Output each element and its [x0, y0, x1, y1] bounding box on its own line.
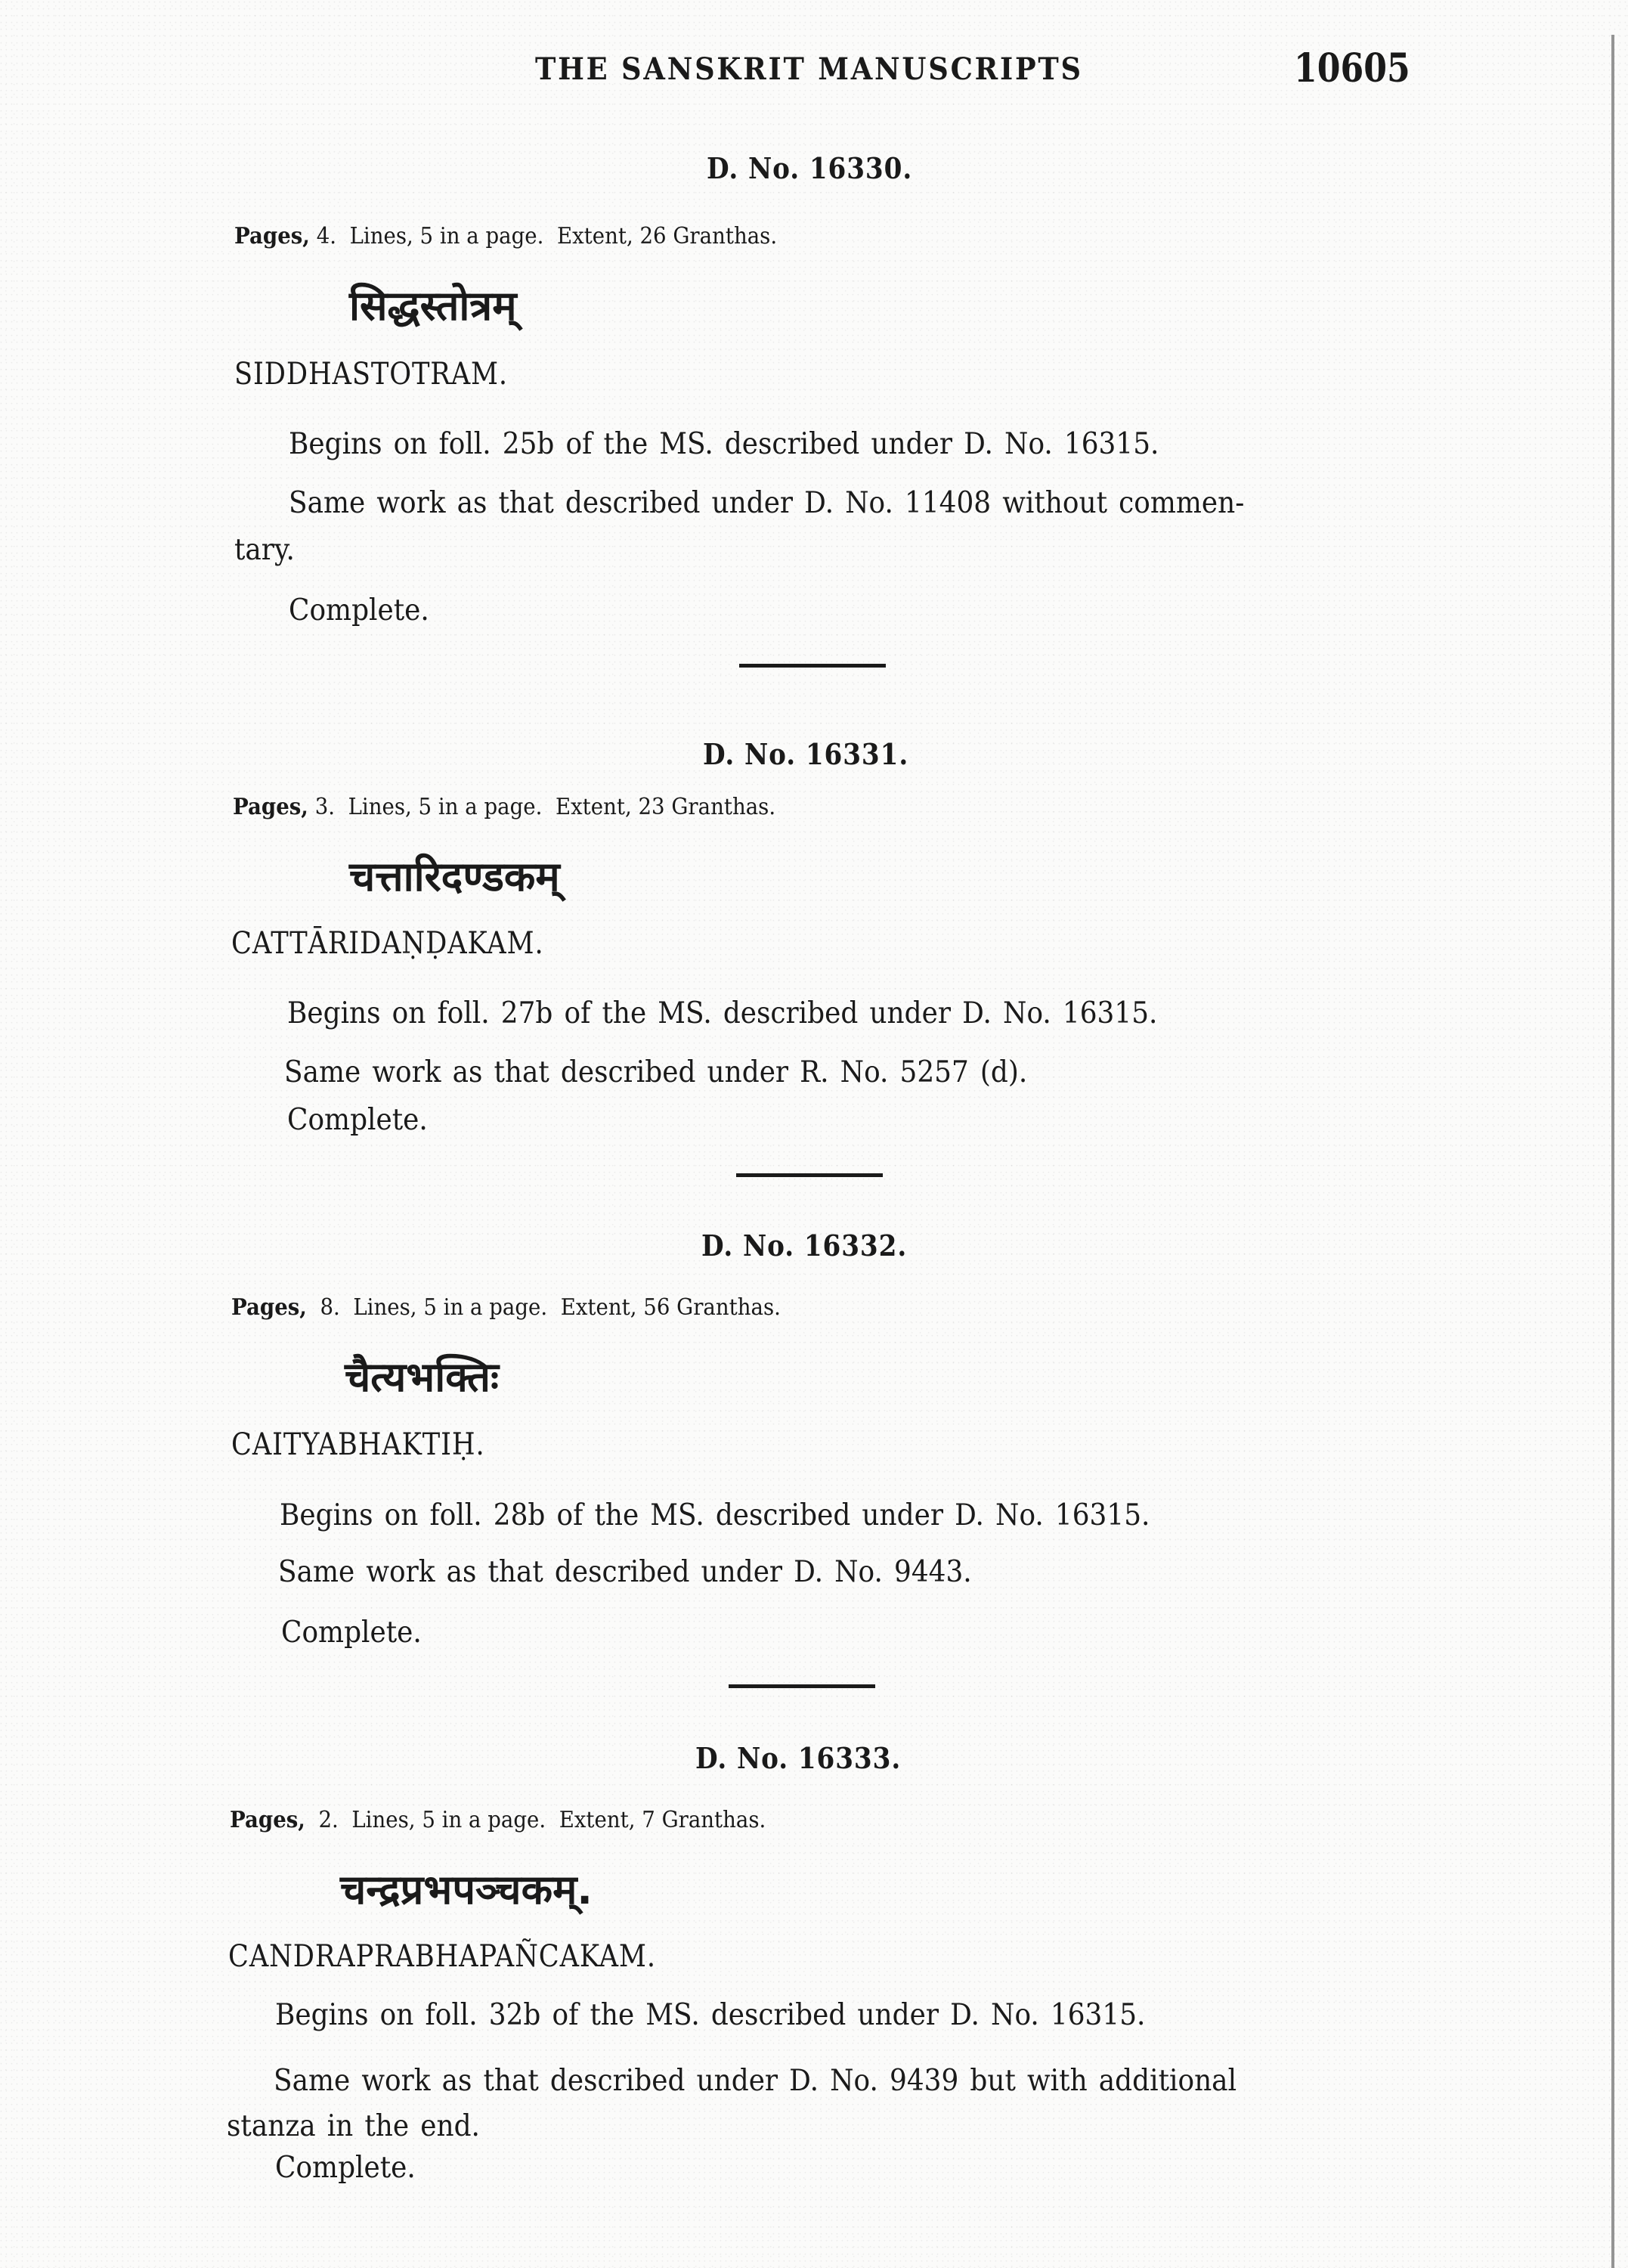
status-text: Complete.	[287, 1103, 428, 1137]
entry-meta: Pages, 8. Lines, 5 in a page. Extent, 56…	[231, 1294, 781, 1321]
entry-separator	[736, 1173, 883, 1177]
same-work-line: Same work as that described under D. No.…	[274, 2064, 1236, 2098]
pages-label: Pages,	[233, 794, 308, 820]
lines-value: Lines, 5 in a page.	[351, 1807, 546, 1833]
extent-value: Extent, 23 Granthas.	[556, 794, 775, 820]
transliterated-title: CAITYABHAKTIḤ.	[231, 1427, 485, 1462]
devanagari-title: चैत्यभक्तिः	[345, 1347, 499, 1403]
transliterated-title: SIDDHASTOTRAM.	[234, 357, 508, 392]
status-text: Complete.	[275, 2151, 416, 2185]
entry-id: D. No. 16331.	[703, 737, 908, 771]
pages-value: 4.	[317, 223, 336, 249]
begins-line: Begins on foll. 28b of the MS. described…	[280, 1498, 1150, 1532]
begins-line: Begins on foll. 32b of the MS. described…	[275, 1998, 1145, 2032]
entry-meta: Pages, 3. Lines, 5 in a page. Extent, 23…	[233, 794, 775, 820]
status-text: Complete.	[281, 1616, 422, 1650]
pages-label: Pages,	[230, 1807, 305, 1833]
same-work-line: Same work as that described under D. No.…	[278, 1555, 972, 1589]
pages-value: 3.	[315, 794, 335, 820]
pages-value: 8.	[320, 1294, 339, 1321]
extent-value: Extent, 26 Granthas.	[557, 223, 777, 249]
lines-value: Lines, 5 in a page.	[348, 794, 543, 820]
begins-line: Begins on foll. 27b of the MS. described…	[287, 996, 1157, 1030]
devanagari-title: चत्तारिदण्डकम्	[349, 847, 560, 903]
lines-value: Lines, 5 in a page.	[353, 1294, 547, 1321]
entry-id: D. No. 16333.	[695, 1741, 901, 1775]
transliterated-title: CANDRAPRABHAPAÑCAKAM.	[228, 1939, 656, 1974]
page-number: 10605	[1294, 45, 1410, 91]
same-work-line: Same work as that described under D. No.…	[289, 486, 1244, 520]
page-edge-rule	[1611, 35, 1614, 2268]
devanagari-title: सिद्धस्तोत्रम्	[349, 276, 517, 332]
same-work-line: Same work as that described under R. No.…	[284, 1055, 1027, 1089]
entry-meta: Pages, 4. Lines, 5 in a page. Extent, 26…	[234, 223, 777, 249]
extent-value: Extent, 7 Granthas.	[559, 1807, 766, 1833]
begins-line: Begins on foll. 25b of the MS. described…	[289, 427, 1159, 461]
entry-id: D. No. 16332.	[701, 1228, 907, 1263]
same-work-line-cont: stanza in the end.	[227, 2109, 480, 2143]
devanagari-title: चन्द्रप्रभपञ्चकम्.	[340, 1860, 593, 1916]
transliterated-title: CATTĀRIDAṆḌAKAM.	[231, 926, 544, 961]
same-work-line-cont: tary.	[234, 533, 295, 567]
entry-id: D. No. 16330.	[707, 151, 912, 185]
pages-label: Pages,	[231, 1294, 307, 1321]
entry-separator	[739, 664, 886, 668]
extent-value: Extent, 56 Granthas.	[561, 1294, 781, 1321]
pages-value: 2.	[318, 1807, 338, 1833]
entry-separator	[729, 1684, 875, 1688]
running-title: THE SANSKRIT MANUSCRIPTS	[535, 51, 1083, 87]
lines-value: Lines, 5 in a page.	[350, 223, 544, 249]
entry-meta: Pages, 2. Lines, 5 in a page. Extent, 7 …	[230, 1807, 766, 1833]
pages-label: Pages,	[234, 223, 310, 249]
page-texture	[0, 0, 1628, 2268]
status-text: Complete.	[289, 593, 429, 627]
